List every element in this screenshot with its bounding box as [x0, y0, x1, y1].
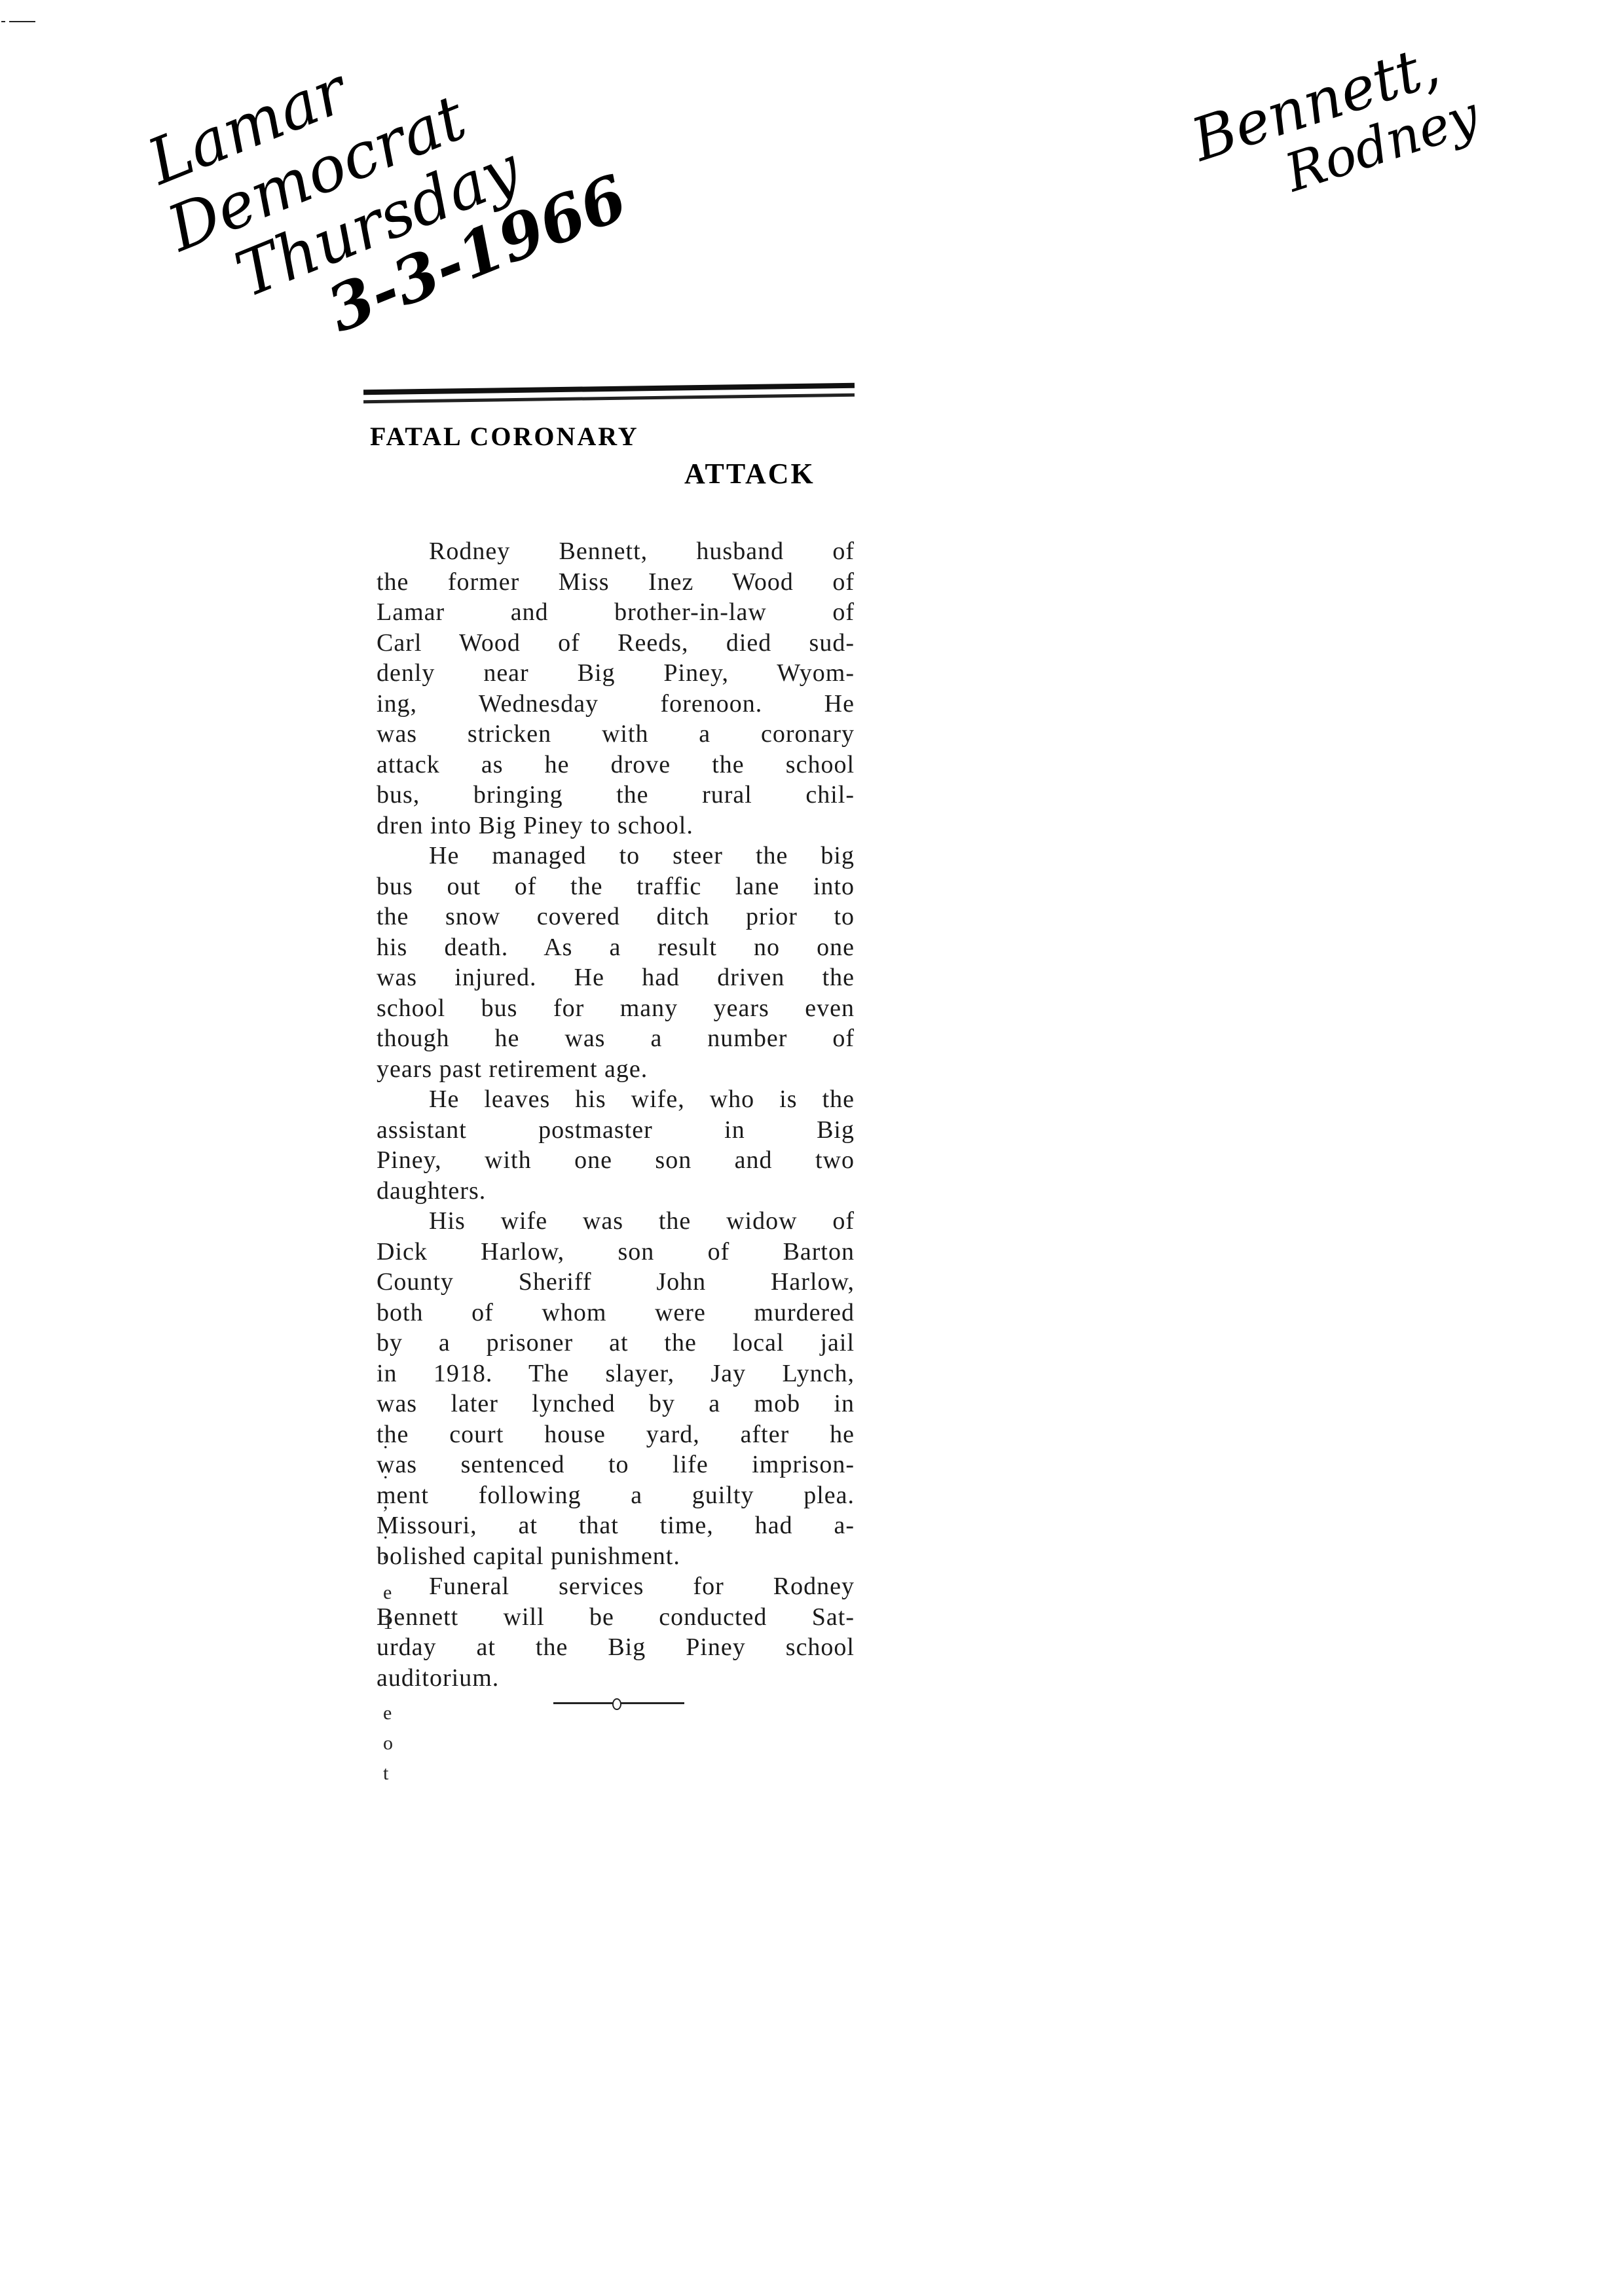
article-line: was injured. He had driven the	[377, 962, 855, 993]
article-line: was later lynched by a mob in	[377, 1389, 855, 1419]
headline-rule-top	[363, 383, 855, 395]
article-line: Missouri, at that time, had a-	[377, 1510, 855, 1541]
article-line: Lamar and brother-in-law of	[377, 597, 855, 628]
headline-rule-bottom	[363, 393, 855, 403]
article-line: bus out of the traffic lane into	[377, 871, 855, 902]
margin-fragment: .	[383, 1457, 393, 1487]
end-of-article-rule	[553, 1702, 684, 1704]
article-line: by a prisoner at the local jail	[377, 1328, 855, 1358]
article-line: bus, bringing the rural chil-	[377, 780, 855, 811]
margin-fragment: t	[383, 1758, 393, 1789]
headline-line-2: ATTACK	[684, 457, 868, 490]
headline-line-1: FATAL CORONARY	[370, 421, 868, 452]
article-line: dren into Big Piney to school.	[377, 811, 855, 841]
article-line: ing, Wednesday forenoon. He	[377, 689, 855, 720]
article-line: the court house yard, after he	[377, 1419, 855, 1450]
margin-fragment	[383, 1668, 393, 1698]
article-line: Piney, with one son and two	[377, 1145, 855, 1176]
article-line: both of whom were murdered	[377, 1298, 855, 1328]
article-line: Bennett will be conducted Sat-	[377, 1602, 855, 1633]
margin-fragment: o	[383, 1728, 393, 1758]
article-line: school bus for many years even	[377, 993, 855, 1024]
margin-fragment: e	[383, 1578, 393, 1608]
handwritten-subject-name: Bennett, Rodney	[1185, 29, 1485, 224]
article-line: auditorium.	[377, 1663, 855, 1694]
article-line: the snow covered ditch prior to	[377, 902, 855, 932]
article-line: daughters.	[377, 1176, 855, 1207]
handwritten-source-note: Lamar Democrat Thursday 3-3-1966	[128, 0, 635, 388]
margin-fragment: '	[383, 1548, 393, 1578]
article-line: though he was a number of	[377, 1023, 855, 1054]
article-line: was sentenced to life imprison-	[377, 1449, 855, 1480]
newspaper-clipping: FATAL CORONARY ATTACK Rodney Bennett, hu…	[357, 386, 868, 1704]
article-line: bolished capital punishment.	[377, 1541, 855, 1572]
margin-fragment: .	[383, 1427, 393, 1457]
margin-fragment: .	[383, 1518, 393, 1548]
article-line: Carl Wood of Reeds, died sud-	[377, 628, 855, 659]
article-line: Funeral services for Rodney	[377, 1571, 855, 1602]
margin-fragment: e	[383, 1698, 393, 1728]
margin-fragment: ,	[383, 1487, 393, 1518]
article-line: urday at the Big Piney school	[377, 1632, 855, 1663]
article-body: Rodney Bennett, husband ofthe former Mis…	[377, 536, 855, 1693]
article-line: assistant postmaster in Big	[377, 1115, 855, 1146]
article-line: years past retirement age.	[377, 1054, 855, 1085]
article-line: was stricken with a coronary	[377, 719, 855, 750]
article-line: Rodney Bennett, husband of	[377, 536, 855, 567]
scan-artifact	[1, 16, 60, 18]
margin-fragment	[383, 1638, 393, 1668]
article-line: attack as he drove the school	[377, 750, 855, 780]
article-line: ment following a guilty plea.	[377, 1480, 855, 1511]
article-line: His wife was the widow of	[377, 1206, 855, 1237]
article-line: Dick Harlow, son of Barton	[377, 1237, 855, 1267]
margin-fragment: 1	[383, 1608, 393, 1638]
article-line: denly near Big Piney, Wyom-	[377, 658, 855, 689]
article-line: in 1918. The slayer, Jay Lynch,	[377, 1358, 855, 1389]
article-line: his death. As a result no one	[377, 932, 855, 963]
article-line: He managed to steer the big	[377, 841, 855, 871]
article-line: He leaves his wife, who is the	[377, 1084, 855, 1115]
clipping-edge-fragments: ..,.'e1 eot	[383, 1427, 393, 1789]
article-line: County Sheriff John Harlow,	[377, 1267, 855, 1298]
article-line: the former Miss Inez Wood of	[377, 567, 855, 598]
